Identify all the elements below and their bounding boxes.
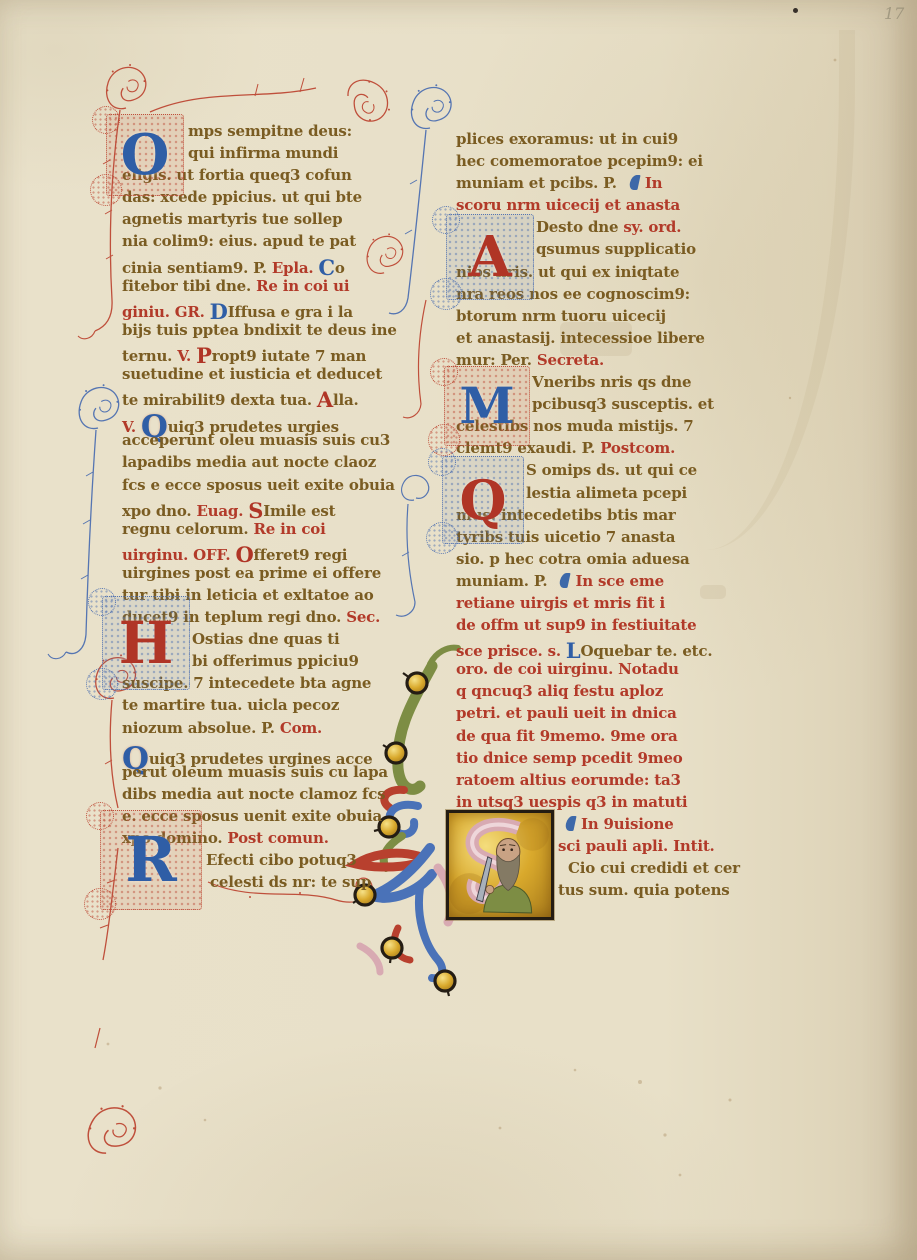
- text-run: perut oleum muasis suis cu lapa: [122, 763, 388, 781]
- text-run: lestia alimeta pcepi: [526, 484, 687, 502]
- text-run: agnetis martyris tue sollep: [122, 210, 342, 228]
- rubric-text-run: scoru nrm uicecij et anasta: [456, 196, 680, 214]
- text-run: bi offerimus ppiciu9: [192, 652, 359, 670]
- rubric-text-run: In 9uisione: [581, 815, 674, 833]
- bezant-stem: [390, 948, 392, 963]
- text-run: qsumus supplicatio: [536, 240, 696, 258]
- text-run: dibs media aut nocte clamoz fcs: [122, 785, 385, 803]
- text-line: perut oleum muasis suis cu lapa: [122, 763, 426, 785]
- initial-letter: A: [468, 229, 511, 285]
- ink-dot: [793, 8, 798, 13]
- text-line: acceperunt oleu muasis suis cu3: [122, 431, 426, 453]
- text-line: fitebor tibi dne. Re in coi ui: [122, 277, 426, 299]
- text-line: suetudine et iusticia et deducet: [122, 365, 426, 387]
- text-run: sio. p hec cotra omia aduesa: [456, 550, 690, 568]
- text-line: uirgines post ea prime ei offere: [122, 564, 426, 586]
- text-line: ratoem altius eorumde: ta3: [456, 771, 768, 793]
- text-run: fcs e ecce sposus ueit exite obuia: [122, 476, 395, 494]
- text-line: de offm ut sup9 in festiuitate: [456, 616, 768, 638]
- text-run: Iffusa e gra i la: [228, 303, 353, 321]
- text-run: Imile est: [263, 502, 335, 520]
- initial-letter: M: [459, 381, 514, 431]
- text-run: regnu celorum.: [122, 520, 253, 538]
- rubric-text-run: sy. ord.: [623, 218, 681, 236]
- text-line: fcs e ecce sposus ueit exite obuia: [122, 476, 426, 498]
- initial-letter: H: [119, 614, 174, 672]
- text-run: o: [335, 259, 345, 277]
- text-run: muniam. P.: [456, 572, 552, 590]
- gold-bezant: [382, 938, 402, 958]
- illuminated-initial-H: H: [102, 596, 190, 690]
- text-run: uirgines post ea prime ei offere: [122, 564, 381, 582]
- historiated-initial-saint-paul: [446, 810, 554, 920]
- rubric-text-run: Re in coi: [253, 520, 325, 538]
- text-line: dibs media aut nocte clamoz fcs: [122, 785, 426, 807]
- text-line: muniam et pcibs. P. In: [456, 174, 768, 196]
- rubric-text-run: Euag.: [196, 502, 248, 520]
- rubric-text-run: petri. et pauli ueit in dnica: [456, 704, 677, 722]
- text-run: Vneribs nris qs dne: [532, 373, 691, 391]
- text-run: Ostias dne quas ti: [192, 630, 340, 648]
- text-line: regnu celorum. Re in coi: [122, 520, 426, 542]
- text-line: uirginu. OFF. Offeret9 regi: [122, 542, 426, 564]
- illuminated-initial-O: O: [106, 114, 184, 196]
- text-run: acceperunt oleu muasis suis cu3: [122, 431, 390, 449]
- illuminated-initial-Q: Q: [442, 456, 524, 544]
- rubric-text-run: Sec.: [346, 608, 380, 626]
- rubric-text-run: Epla.: [272, 259, 319, 277]
- rubric-text-run: sce prisce. s.: [456, 642, 566, 660]
- text-run: mps sempitne deus:: [188, 122, 352, 140]
- text-run: cinia sentiam9. P.: [122, 259, 272, 277]
- text-line: sce prisce. s. LOquebar te. etc.: [456, 638, 768, 660]
- text-run: celesti ds nr: te sup: [210, 873, 371, 891]
- text-line: te martire tua. uicla pecoz: [122, 696, 426, 718]
- bezant-stem: [445, 981, 449, 996]
- pilcrow-mark: [564, 816, 576, 831]
- text-run: Efecti cibo potuq3: [206, 851, 357, 869]
- rubric-text-run: sci pauli apli. Intit.: [558, 837, 715, 855]
- rubric-text-run: Re in coi ui: [256, 277, 349, 295]
- text-run: S omips ds. ut qui ce: [526, 461, 697, 479]
- pilcrow-mark: [559, 573, 571, 588]
- rubric-text-run: Post comun.: [227, 829, 328, 847]
- text-line: V. Quiq3 prudetes urgies: [122, 409, 426, 431]
- manuscript-page: mps sempitne deus:qui infirma mundieligi…: [0, 0, 917, 1260]
- text-line: muniam. P. In sce eme: [456, 572, 768, 594]
- rubric-text-run: in utsq3 uespis q3 in matuti: [456, 793, 687, 811]
- text-run: te mirabilit9 dexta tua.: [122, 391, 317, 409]
- text-run: Cio cui credidi et cer: [568, 859, 740, 877]
- text-run: hec comemoratoe pcepim9: ei: [456, 152, 703, 170]
- text-run: plices exoramus: ut in cui9: [456, 130, 678, 148]
- pencil-annotation: 17: [884, 4, 904, 23]
- text-line: nia colim9: eius. apud te pat: [122, 232, 426, 254]
- rubric-text-run: de qua fit 9memo. 9me ora: [456, 727, 678, 745]
- text-run: lapadibs media aut nocte claoz: [122, 453, 376, 471]
- text-run: xpo dno.: [122, 502, 196, 520]
- illuminated-initial-M: M: [444, 366, 530, 446]
- illuminated-initial-R: R: [100, 810, 202, 910]
- text-line: retiane uirgis et mris fit i: [456, 594, 768, 616]
- text-run: Oquebar te. etc.: [580, 642, 712, 660]
- text-line: de qua fit 9memo. 9me ora: [456, 727, 768, 749]
- rubric-text-run: de offm ut sup9 in festiuitate: [456, 616, 696, 634]
- initial-letter: R: [125, 829, 177, 891]
- text-line: q qncuq3 aliq festu aploz: [456, 682, 768, 704]
- text-run: bijs tuis pptea bndixit te deus ine: [122, 321, 397, 339]
- text-line: hec comemoratoe pcepim9: ei: [456, 152, 768, 174]
- text-run: ropt9 iutate 7 man: [212, 347, 367, 365]
- text-run: suetudine et iusticia et deducet: [122, 365, 382, 383]
- text-line: Quiq3 prudetes urgines acce: [122, 741, 426, 763]
- text-run: muniam et pcibs. P.: [456, 174, 622, 192]
- text-line: niozum absolue. P. Com.: [122, 719, 426, 741]
- illuminated-initial-A: A: [446, 214, 534, 300]
- rubric-text-run: q qncuq3 aliq festu aploz: [456, 682, 663, 700]
- rubric-text-run: uirginu. OFF.: [122, 546, 235, 564]
- text-run: te martire tua. uicla pecoz: [122, 696, 339, 714]
- text-run: Desto dne: [536, 218, 623, 236]
- text-column-left: mps sempitne deus:qui infirma mundieligi…: [122, 122, 426, 895]
- initial-letter: Q: [459, 473, 506, 527]
- rubric-text-run: Secreta.: [537, 351, 604, 369]
- text-run: pcibusq3 susceptis. et: [532, 395, 714, 413]
- saint-paul-figure: [449, 813, 551, 917]
- text-line: plices exoramus: ut in cui9: [456, 130, 768, 152]
- text-line: petri. et pauli ueit in dnica: [456, 704, 768, 726]
- text-run: qui infirma mundi: [188, 144, 338, 162]
- hand: [486, 885, 494, 893]
- text-line: giniu. GR. DIffusa e gra i la: [122, 299, 426, 321]
- text-line: xpo dno. Euag. SImile est: [122, 498, 426, 520]
- rubric-text-run: tio dnice semp pcedit 9meo: [456, 749, 683, 767]
- text-run: ternu.: [122, 347, 177, 365]
- rubric-text-run: Com.: [280, 719, 322, 737]
- text-run: niozum absolue. P.: [122, 719, 280, 737]
- bezant-stem: [353, 895, 365, 903]
- initial-letter: O: [121, 127, 170, 183]
- text-run: lla.: [333, 391, 359, 409]
- text-run: tus sum. quia potens: [558, 881, 730, 899]
- text-line: oro. de coi uirginu. Notadu: [456, 660, 768, 682]
- text-line: et anastasij. intecessioe libere: [456, 329, 768, 351]
- rubric-text-run: oro. de coi uirginu. Notadu: [456, 660, 679, 678]
- rubric-text-run: V.: [177, 347, 196, 365]
- rubric-text-run: In sce eme: [575, 572, 663, 590]
- text-line: sio. p hec cotra omia aduesa: [456, 550, 768, 572]
- rubric-text-run: retiane uirgis et mris fit i: [456, 594, 665, 612]
- gold-bezant: [435, 971, 455, 991]
- text-line: btorum nrm tuoru uicecij: [456, 307, 768, 329]
- text-line: te mirabilit9 dexta tua. Alla.: [122, 387, 426, 409]
- text-line: tio dnice semp pcedit 9meo: [456, 749, 768, 771]
- text-run: et anastasij. intecessioe libere: [456, 329, 705, 347]
- text-line: bijs tuis pptea bndixit te deus ine: [122, 321, 426, 343]
- rubric-text-run: Postcom.: [600, 439, 675, 457]
- rubric-text-run: giniu. GR.: [122, 303, 210, 321]
- rubric-text-run: ratoem altius eorumde: ta3: [456, 771, 681, 789]
- text-run: nia colim9: eius. apud te pat: [122, 232, 356, 250]
- text-run: fitebor tibi dne.: [122, 277, 256, 295]
- pilcrow-mark: [628, 175, 640, 190]
- text-run: btorum nrm tuoru uicecij: [456, 307, 666, 325]
- text-line: ternu. V. Propt9 iutate 7 man: [122, 343, 426, 365]
- text-run: fferet9 regi: [254, 546, 348, 564]
- text-line: agnetis martyris tue sollep: [122, 210, 426, 232]
- text-line: lapadibs media aut nocte claoz: [122, 453, 426, 475]
- rubric-text-run: In: [645, 174, 663, 192]
- text-line: cinia sentiam9. P. Epla. Co: [122, 255, 426, 277]
